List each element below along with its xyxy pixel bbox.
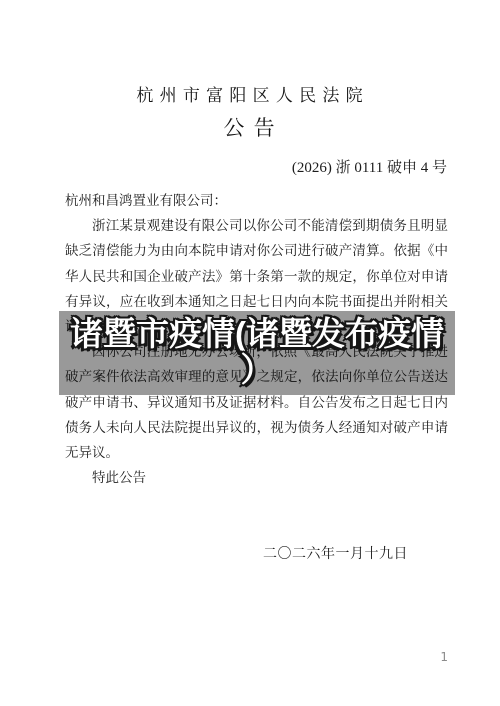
notice-title: 公 告: [0, 112, 500, 142]
paragraph2-line: 无异议。: [65, 440, 448, 465]
closing-line: 特此公告: [65, 465, 448, 490]
watermark-title-line2: ）: [241, 353, 274, 387]
addressee-line: 杭州和昌鸿置业有限公司：: [65, 188, 448, 213]
court-name-heading: 杭 州 市 富 阳 区 人 民 法 院: [0, 81, 500, 106]
paragraph1-line: 华人民共和国企业破产法》第十条第一款的规定，你单位对申请: [65, 264, 448, 289]
paragraph1-line: 缺乏清偿能力为由向本院申请对你公司进行破产清算。依据《中: [65, 238, 448, 263]
watermark-overlay: 诸暨市疫情(诸暨发布疫情 ）: [59, 311, 455, 395]
document-page: 杭 州 市 富 阳 区 人 民 法 院 公 告 (2026) 浙 0111 破申…: [0, 0, 500, 706]
paragraph1-line: 浙江某景观建设有限公司以你公司不能清偿到期债务且明显: [65, 213, 448, 238]
case-number: (2026) 浙 0111 破申 4 号: [292, 156, 447, 177]
date-line: 二〇二六年一月十九日: [263, 543, 408, 563]
watermark-title-line1: 诸暨市疫情(诸暨发布疫情: [70, 314, 444, 354]
page-number: 1: [440, 650, 448, 664]
paragraph2-line: 债务人未向人民法院提出异议的，视为债务人经通知对破产申请: [65, 415, 448, 440]
